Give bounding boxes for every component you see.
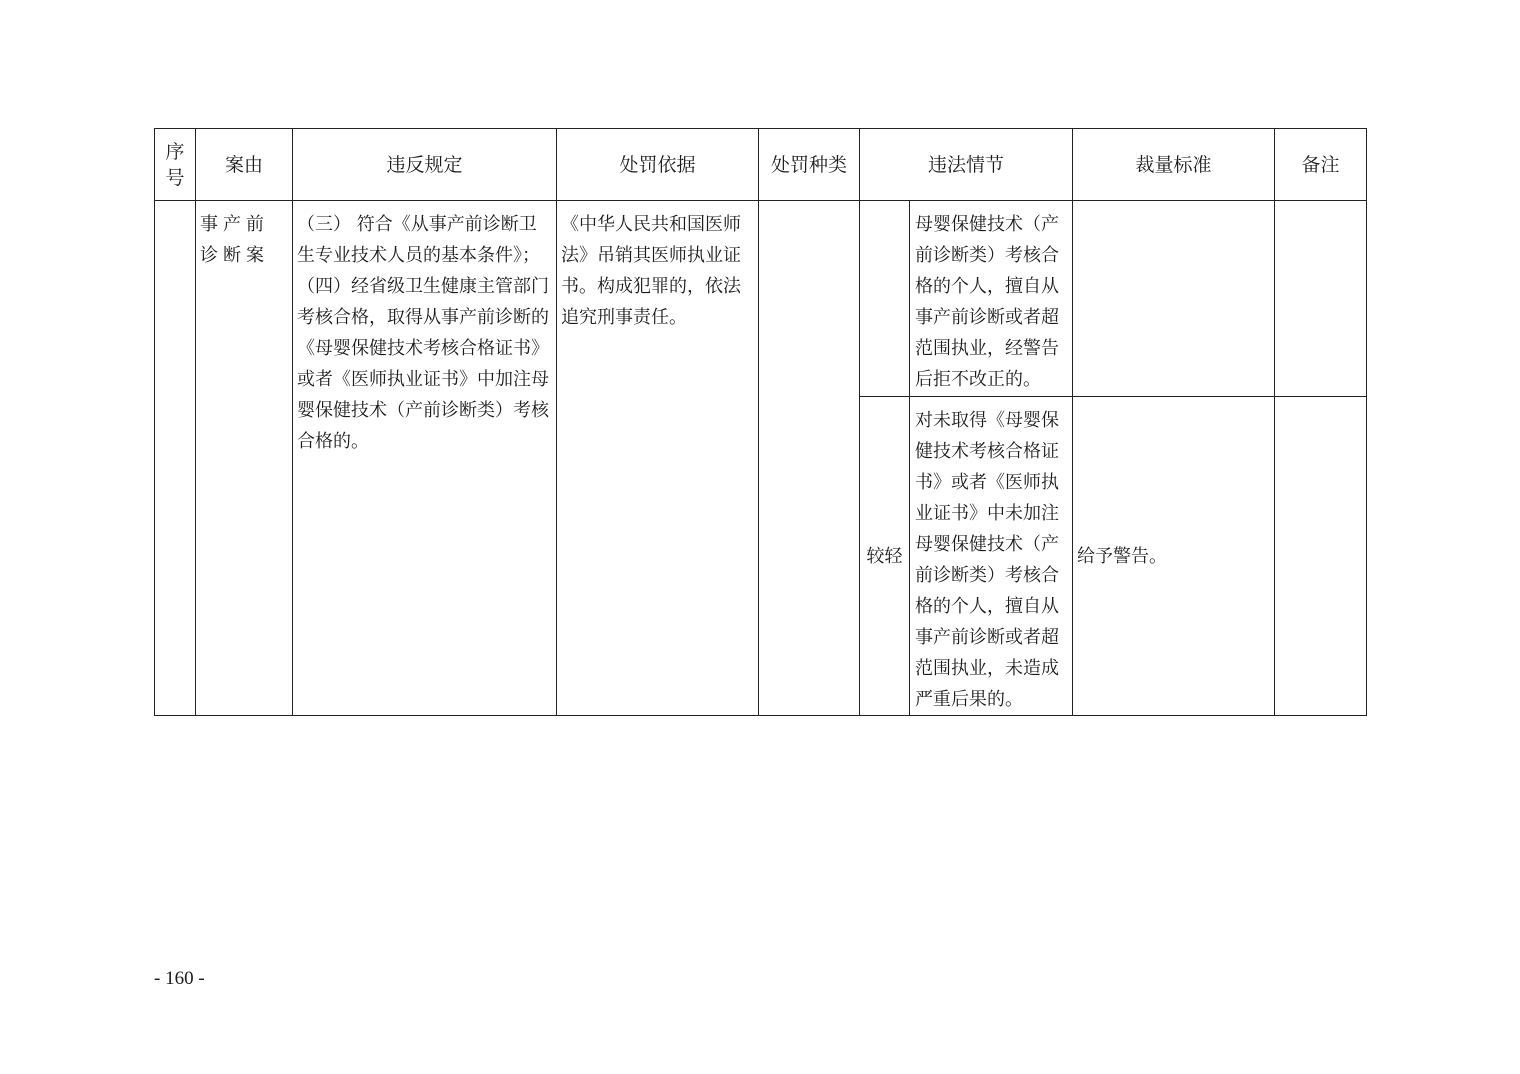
cell-case: 事产前诊断案 — [196, 201, 293, 716]
cell-seq — [155, 201, 196, 716]
header-case: 案由 — [196, 129, 293, 201]
cell-level-1 — [860, 201, 910, 397]
page-number: - 160 - — [154, 968, 205, 990]
cell-description-2: 对未取得《母婴保健技术考核合格证书》或者《医师执业证书》中未加注母婴保健技术（产… — [910, 397, 1073, 716]
cell-penalty-type — [759, 201, 860, 716]
header-violation: 违反规定 — [293, 129, 557, 201]
header-row: 序号 案由 违反规定 处罚依据 处罚种类 违法情节 裁量标准 备注 — [155, 129, 1367, 201]
cell-standard-1 — [1073, 201, 1275, 397]
header-remarks: 备注 — [1275, 129, 1367, 201]
header-circumstances: 违法情节 — [860, 129, 1073, 201]
table-row: 事产前诊断案 （三） 符合《从事产前诊断卫生专业技术人员的基本条件》；（四）经省… — [155, 201, 1367, 397]
cell-level-2: 较轻 — [860, 397, 910, 716]
cell-standard-2: 给予警告。 — [1073, 397, 1275, 716]
cell-remarks-1 — [1275, 201, 1367, 397]
cell-description-1: 母婴保健技术（产前诊断类）考核合格的个人，擅自从事产前诊断或者超范围执业，经警告… — [910, 201, 1073, 397]
header-basis: 处罚依据 — [557, 129, 759, 201]
penalty-discretion-table: 序号 案由 违反规定 处罚依据 处罚种类 违法情节 裁量标准 备注 事产前诊断案… — [154, 128, 1367, 716]
header-seq: 序号 — [155, 129, 196, 201]
cell-violation: （三） 符合《从事产前诊断卫生专业技术人员的基本条件》；（四）经省级卫生健康主管… — [293, 201, 557, 716]
header-standard: 裁量标准 — [1073, 129, 1275, 201]
cell-remarks-2 — [1275, 397, 1367, 716]
header-penalty-type: 处罚种类 — [759, 129, 860, 201]
document-page: 序号 案由 违反规定 处罚依据 处罚种类 违法情节 裁量标准 备注 事产前诊断案… — [0, 0, 1520, 1074]
cell-basis: 《中华人民共和国医师法》吊销其医师执业证书。构成犯罪的，依法追究刑事责任。 — [557, 201, 759, 716]
